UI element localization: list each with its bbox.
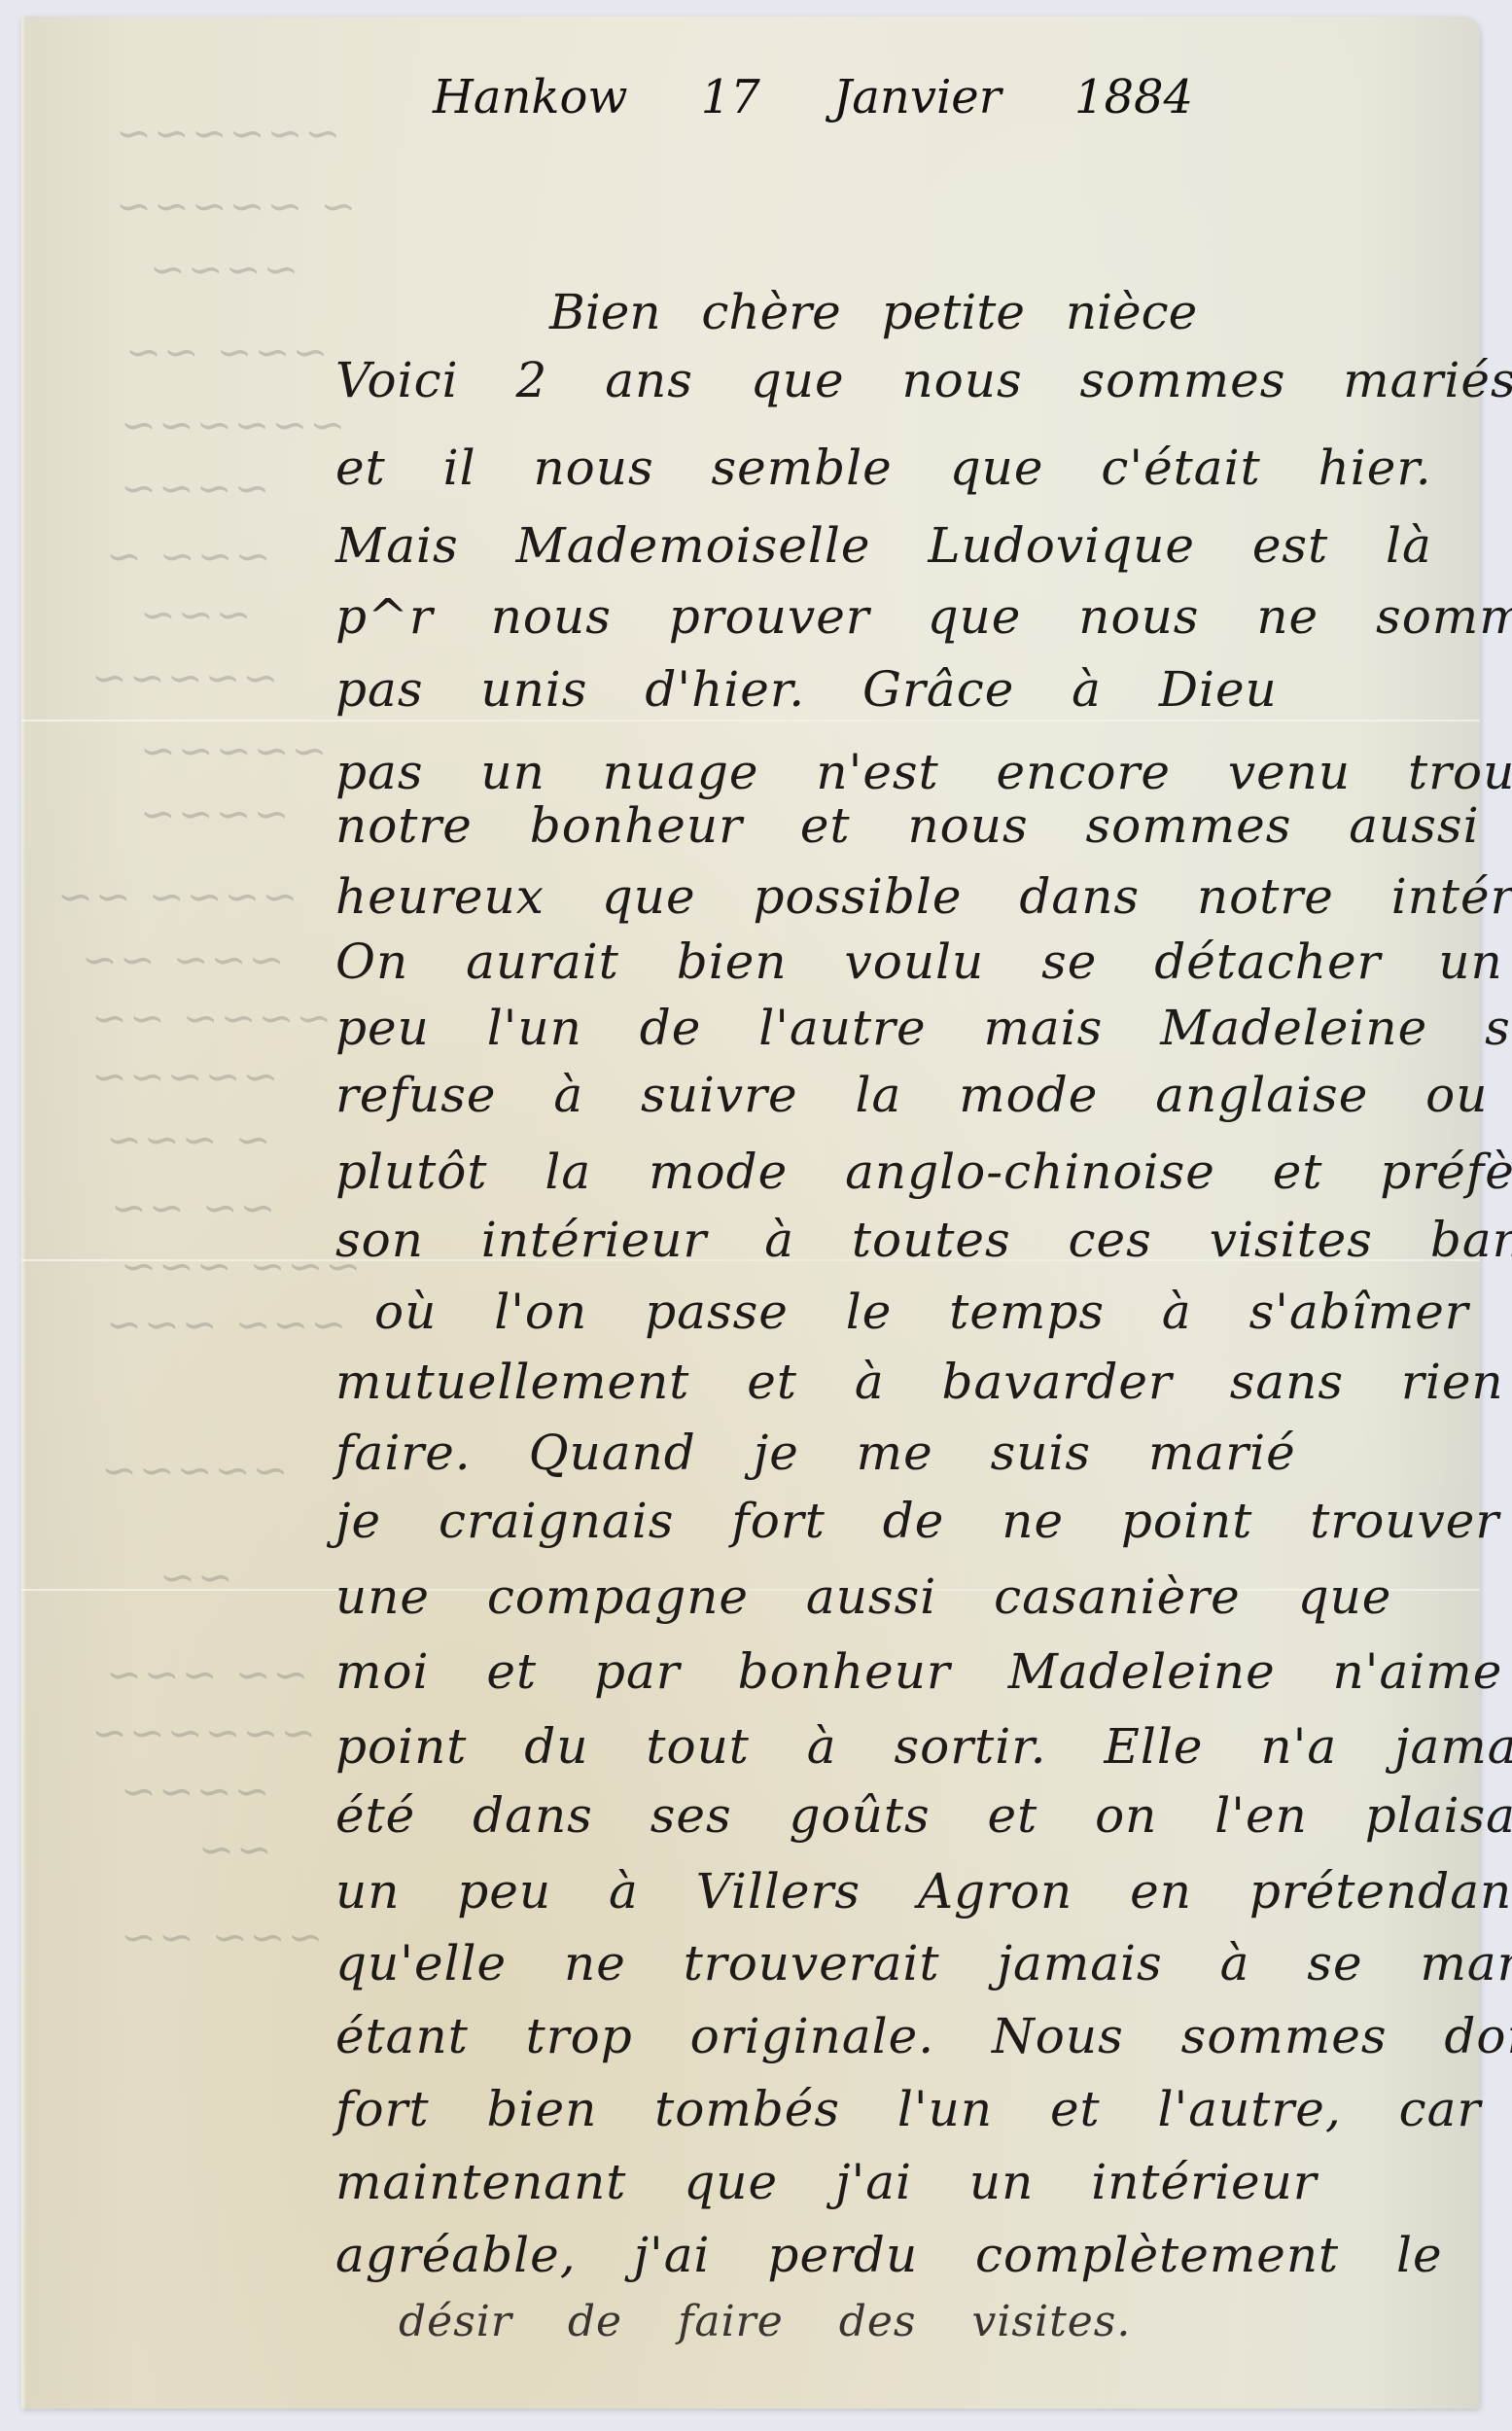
text-line: désir de faire des visites.: [399, 2297, 1497, 2346]
dateline: Hankow 17 Janvier 1884: [433, 70, 1193, 124]
text-line: point du tout à sortir. Elle n'a jamais: [335, 1718, 1434, 1775]
text-line: p^r nous prouver que nous ne sommes: [335, 588, 1434, 645]
text-line: heureux que possible dans notre intérieu…: [335, 868, 1434, 925]
text-line: fort bien tombés l'un et l'autre, car: [335, 2081, 1434, 2137]
text-line: une compagne aussi casanière que: [335, 1568, 1434, 1625]
text-line: notre bonheur et nous sommes aussi: [335, 797, 1434, 854]
text-line: un peu à Villers Agron en prétendant: [335, 1863, 1434, 1920]
text-line: Voici 2 ans que nous sommes mariés: [335, 352, 1434, 408]
text-line: pas un nuage n'est encore venu troubler: [335, 744, 1434, 800]
text-line: agréable, j'ai perdu complètement le: [335, 2227, 1434, 2283]
text-line: pas unis d'hier. Grâce à Dieu: [335, 661, 1434, 718]
text-line: étant trop originale. Nous sommes donc: [335, 2008, 1434, 2064]
text-line: refuse à suivre la mode anglaise ou: [335, 1067, 1434, 1123]
text-line: été dans ses goûts et on l'en plaisantai…: [335, 1787, 1434, 1844]
text-line: moi et par bonheur Madeleine n'aime: [335, 1643, 1434, 1700]
text-line: et il nous semble que c'était hier.: [335, 440, 1434, 496]
text-line: Mais Mademoiselle Ludovique est là: [335, 517, 1434, 574]
text-line: qu'elle ne trouverait jamais à se marier: [335, 1935, 1434, 1991]
text-line: maintenant que j'ai un intérieur: [335, 2154, 1434, 2210]
text-line: son intérieur à toutes ces visites banal…: [335, 1212, 1434, 1268]
letter-text: Hankow 17 Janvier 1884 Bien chère petite…: [0, 0, 1512, 2431]
text-line: je craignais fort de ne point trouver: [335, 1493, 1434, 1549]
text-line: On aurait bien voulu se détacher un: [335, 934, 1434, 990]
text-line: faire. Quand je me suis marié: [335, 1425, 1434, 1481]
text-line: peu l'un de l'autre mais Madeleine se: [335, 1000, 1434, 1056]
text-line: plutôt la mode anglo-chinoise et préfère: [335, 1144, 1434, 1200]
text-line: mutuellement et à bavarder sans rien: [335, 1354, 1434, 1410]
salutation: Bien chère petite nièce: [549, 284, 1197, 340]
text-line: où l'on passe le temps à s'abîmer: [374, 1284, 1473, 1340]
